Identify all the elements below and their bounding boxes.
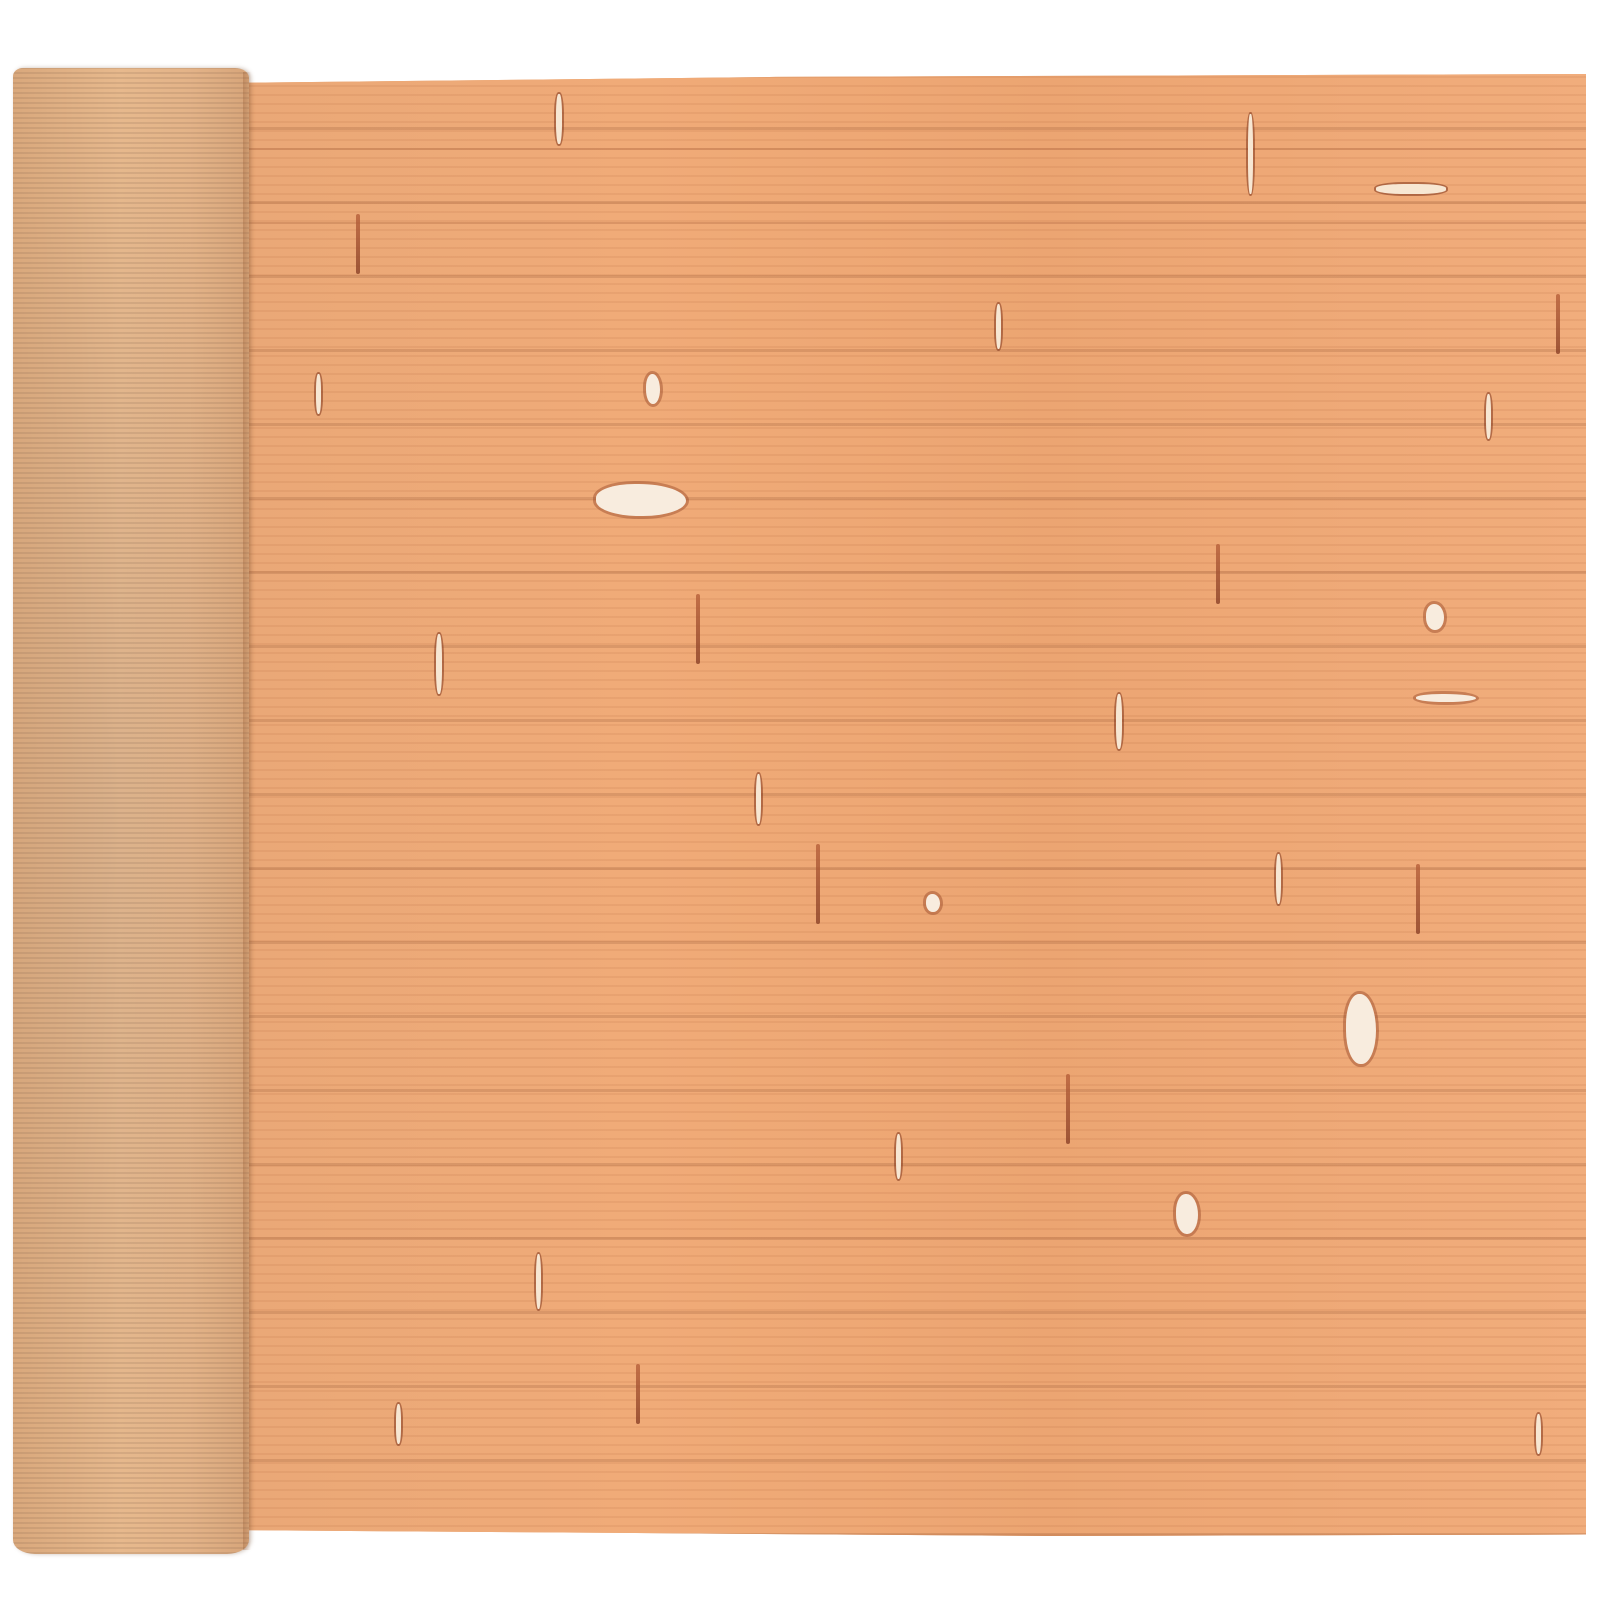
cork-spot [1426,604,1444,630]
cork-fleck [536,1254,541,1309]
cork-streak [696,594,700,664]
cork-spot [596,484,686,516]
cork-fleck [436,634,442,694]
cork-fleck [1248,114,1253,194]
cork-streak [1216,544,1220,604]
cork-fleck [1486,394,1491,439]
cork-streak [636,1364,640,1424]
cork-spot [646,374,660,404]
roll-shading [13,68,249,1554]
cork-sheet [236,74,1586,1536]
cork-streak [816,844,820,924]
cork-streak [1556,294,1560,354]
product-photo [0,0,1600,1600]
cork-spot [1176,1194,1198,1234]
cork-fleck [896,1134,901,1179]
cork-fleck [316,374,321,414]
cork-streak [1066,1074,1070,1144]
cork-streak [1416,864,1420,934]
cork-fleck [1536,1414,1541,1454]
cork-spot [1346,994,1376,1064]
cork-streak [356,214,360,274]
cork-strip [236,74,1586,150]
cork-fleck [756,774,761,824]
cork-roll [13,68,249,1554]
cork-fleck [1116,694,1122,749]
cork-fleck [996,304,1001,349]
roll-edge [243,72,251,1550]
cork-fleck [1276,854,1281,904]
cork-spot [926,894,940,912]
cork-fleck [1376,184,1446,194]
cork-fleck [396,1404,401,1444]
cork-spot [1416,694,1476,702]
cork-fleck [556,94,562,144]
